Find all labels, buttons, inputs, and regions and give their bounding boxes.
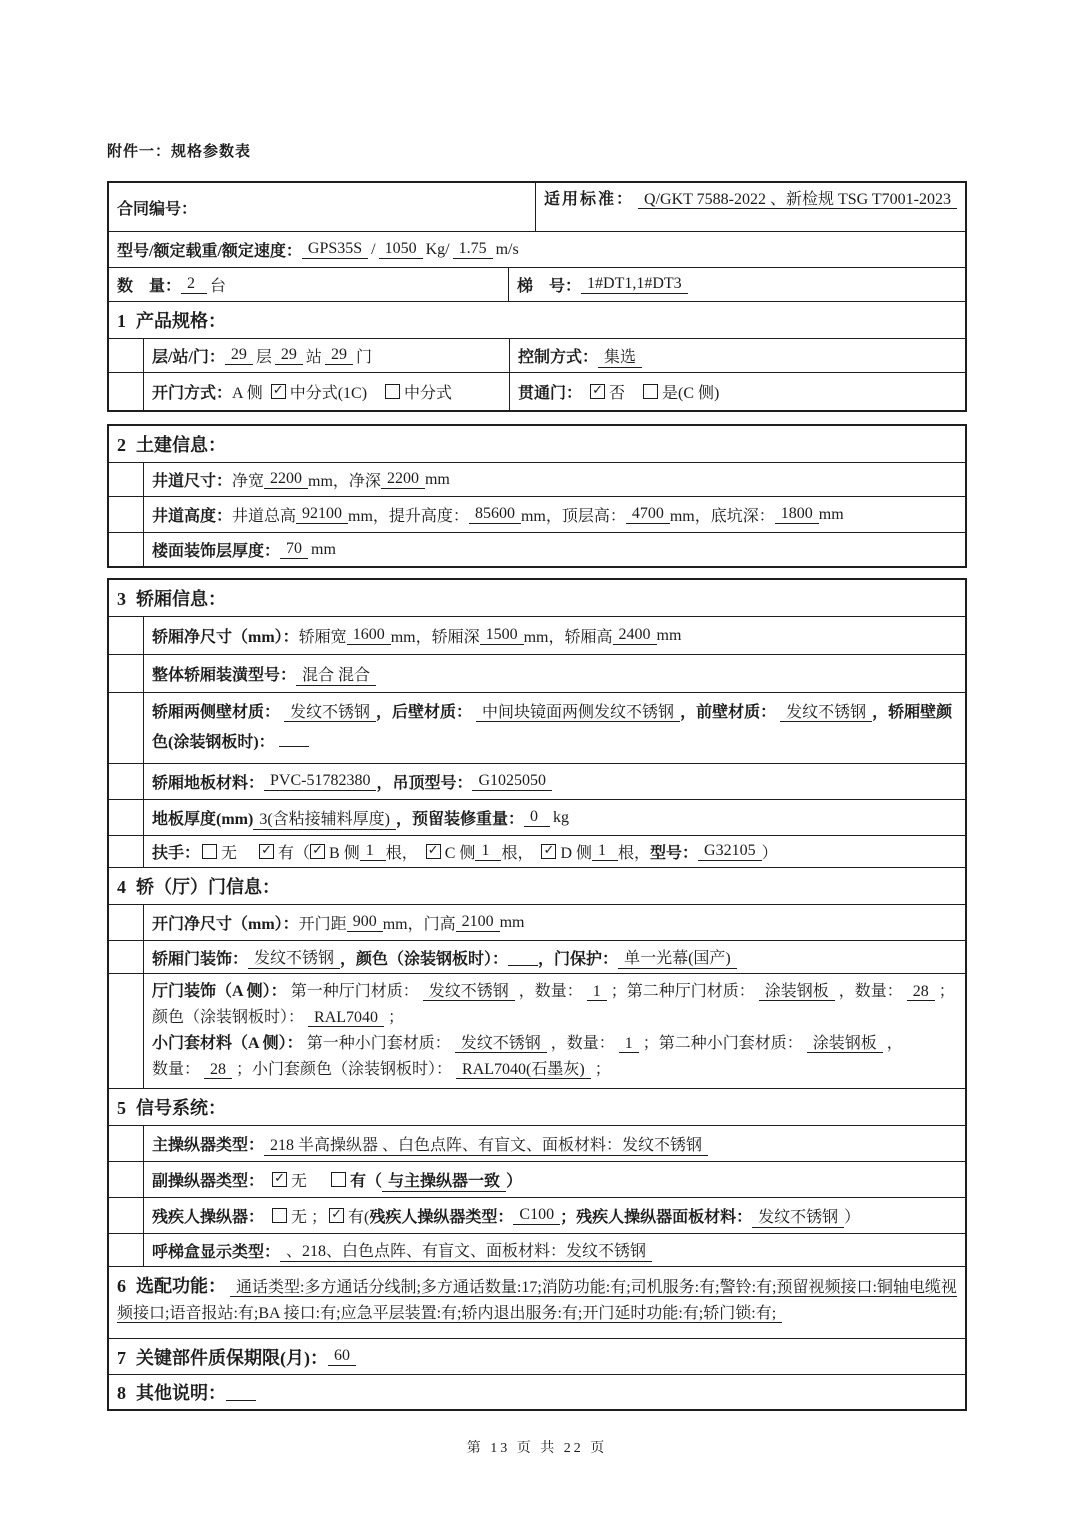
handrail-d-count: 1 (592, 842, 618, 861)
height-unit: mm (819, 506, 844, 524)
top-floor-value: 4700 (626, 505, 670, 524)
car-height-value: 2400 (613, 626, 657, 645)
landing-mat2-value: 涂装钢板 (759, 983, 835, 1001)
indent-cell (109, 836, 144, 867)
load-unit: Kg/ (423, 241, 453, 259)
ladder-number-label: 梯 号： (517, 273, 581, 296)
stops-value: 29 (275, 346, 303, 365)
quantity-value: 2 (181, 275, 207, 294)
standard-cell: 适用标准： Q/GKT 7588-2022 、新检规 TSG T7001-202… (535, 183, 965, 231)
checkbox-aux-none: ✓ (272, 1172, 287, 1187)
door-open-side: A 侧 (232, 380, 263, 403)
row-section8-notes: 8其他说明： (109, 1374, 965, 1409)
floor-finish-unit: mm (308, 541, 339, 559)
row-shaft-size: 井道尺寸： 净宽 2200 mm，净深 2200 mm (109, 462, 965, 496)
section7-heading: 关键部件质保期限(月)： (136, 1348, 328, 1368)
car-depth-value: 1500 (480, 626, 524, 645)
wall-color-value (279, 730, 309, 747)
floor-thickness-label: 地板厚度(mm) (152, 806, 253, 829)
shaft-width-label: 净宽 (232, 468, 264, 491)
row-qty-ladder: 数 量： 2 台 梯 号： 1#DT1,1#DT3 (109, 267, 965, 301)
car-door-decor-cell: 轿厢门装饰： 发纹不锈钢 ，颜色（涂装钢板时）： ，门保护： 单一光幕(国产) (144, 941, 965, 973)
jamb-color-semi: ； (595, 1061, 611, 1078)
aux-cop-cell: 副操纵器类型： ✓ 无 有（ 与主操纵器一致 ） (144, 1162, 965, 1197)
model-label: 型号/额定载重/额定速度： (117, 238, 302, 261)
section1-number: 1 (117, 311, 126, 331)
row-contract-standard: 合同编号： 适用标准： Q/GKT 7588-2022 、新检规 TSG T70… (109, 183, 965, 231)
disabled-close-paren: ） (844, 1204, 860, 1227)
options-value: 通话类型:多方通话分线制;多方通话数量:17;消防功能:有;司机服务:有;警铃:… (117, 1279, 957, 1323)
row-hall-display: 呼梯盒显示类型： 、218、白色点阵、有盲文、面板材料：发纹不锈钢 (109, 1233, 965, 1266)
section8-title: 8其他说明： (117, 1379, 226, 1405)
warranty-value: 60 (328, 1347, 356, 1366)
row-landing-door: 厅门装饰（A 侧）： 第一种厅门材质： 发纹不锈钢 ，数量： 1 ；第二种厅门材… (109, 973, 965, 1088)
disabled-type-label: 残疾人操纵器类型： (369, 1204, 513, 1227)
landing-door-label: 厅门装饰（A 侧）： (152, 983, 287, 1000)
landing-qty2-value: 28 (907, 983, 935, 1001)
car-door-decor-value: 发纹不锈钢 (248, 945, 340, 969)
handrail-model-label: 型号： (650, 840, 698, 863)
reserved-weight-value: 0 (524, 808, 550, 827)
row-floor-thickness: 地板厚度(mm) 3(含粘接辅料厚度) ，预留装修重量： 0 kg (109, 799, 965, 835)
handrail-c-unit: 根， (501, 840, 533, 863)
row-door-opening: 开门净尺寸（mm）： 开门距 900 mm，门高 2100 mm (109, 904, 965, 940)
checkbox-handrail-b: ✓ (310, 844, 325, 859)
car-depth-label: mm，轿厢深 (391, 624, 480, 647)
row-aux-cop: 副操纵器类型： ✓ 无 有（ 与主操纵器一致 ） (109, 1161, 965, 1197)
quantity-label: 数 量： (117, 273, 181, 296)
handrail-b-unit: 根， (386, 840, 418, 863)
handrail-c-text: C 侧 (445, 840, 476, 863)
landing-semi: ； (939, 983, 955, 1000)
jamb-mat2-value: 涂装钢板 (807, 1035, 883, 1053)
top-floor-label: mm，顶层高： (521, 503, 626, 526)
row-car-size: 轿厢净尺寸（mm）： 轿厢宽 1600 mm，轿厢深 1500 mm，轿厢高 2… (109, 616, 965, 654)
car-size-unit: mm (657, 627, 682, 645)
section4-heading: 轿（厅）门信息： (136, 877, 280, 897)
ladder-number-value: 1#DT1,1#DT3 (581, 275, 688, 294)
section5-heading: 信号系统： (136, 1098, 226, 1118)
car-door-color-label: ，颜色（涂装钢板时）： (340, 946, 508, 969)
section2-number: 2 (117, 435, 126, 455)
table-block-civil: 2土建信息： 井道尺寸： 净宽 2200 mm，净深 2200 mm 井道高度：… (107, 424, 967, 568)
door-open-cell: 开门方式： A 侧 ✓ 中分式(1C) 中分式 (144, 373, 509, 410)
handrail-model-value: G32105 (698, 842, 762, 861)
shaft-unit: mm (425, 471, 450, 489)
rated-load-value: 1050 (379, 240, 423, 259)
table-block-header: 合同编号： 适用标准： Q/GKT 7588-2022 、新检规 TSG T70… (107, 181, 967, 412)
hall-display-cell: 呼梯盒显示类型： 、218、白色点阵、有盲文、面板材料：发纹不锈钢 (144, 1234, 965, 1266)
checkbox-through-yes (643, 384, 658, 399)
row-shaft-height: 井道高度： 井道总高 92100 mm，提升高度： 85600 mm，顶层高： … (109, 496, 965, 532)
disabled-have-text: 有( (348, 1204, 369, 1227)
model-cell: 型号/额定载重/额定速度： GPS35S / 1050 Kg/ 1.75 m/s (109, 232, 965, 267)
aux-cop-label: 副操纵器类型： (152, 1168, 264, 1191)
indent-cell (109, 1162, 144, 1197)
row-car-door-decor: 轿厢门装饰： 发纹不锈钢 ，颜色（涂装钢板时）： ，门保护： 单一光幕(国产) (109, 940, 965, 973)
page-footer: 第 13 页 共 22 页 (107, 1437, 967, 1457)
car-floor-value: PVC-51782380 (264, 772, 376, 791)
row-main-cop: 主操纵器类型： 218 半高操纵器 、白色点阵、有盲文、面板材料：发纹不锈钢 (109, 1125, 965, 1161)
model-value: GPS35S (302, 240, 368, 259)
section8-number: 8 (117, 1383, 126, 1403)
landing-qty1-value: 1 (587, 983, 607, 1001)
row-section5-title: 5信号系统： (109, 1088, 965, 1125)
handrail-cell: 扶手： 无 ✓ 有（ ✓ B 侧 1 根， ✓ C 侧 1 根， ✓ D 侧 1… (144, 836, 965, 867)
through-door-label: 贯通门： (518, 380, 582, 403)
section5-number: 5 (117, 1098, 126, 1118)
through-door-no: 否 (609, 380, 625, 403)
car-decor-value: 混合 混合 (296, 662, 376, 686)
floors-value: 29 (225, 346, 253, 365)
row-car-decor: 整体轿厢装潢型号： 混合 混合 (109, 654, 965, 692)
jamb-qty1-label: ，数量： (551, 1035, 615, 1052)
indent-cell (109, 905, 144, 940)
door-open-option1: 中分式(1C) (290, 380, 367, 403)
jamb-color-value: RAL7040(石墨灰) (456, 1061, 591, 1079)
section4-title: 4轿（厅）门信息： (109, 868, 965, 904)
control-mode-value: 集选 (598, 344, 642, 368)
jamb-color-label: ；小门套颜色（涂装钢板时）： (236, 1061, 452, 1078)
row-section6-options: 6选配功能： 通话类型:多方通话分线制;多方通话数量:17;消防功能:有;司机服… (109, 1266, 965, 1338)
jamb-mat1-value: 发纹不锈钢 (455, 1035, 547, 1053)
landing-door-cell: 厅门装饰（A 侧）： 第一种厅门材质： 发纹不锈钢 ，数量： 1 ；第二种厅门材… (144, 974, 965, 1088)
speed-unit: m/s (493, 241, 522, 259)
section8-heading: 其他说明： (136, 1383, 226, 1403)
section1-heading: 产品规格： (136, 311, 226, 331)
row-section3-title: 3轿厢信息： (109, 580, 965, 616)
checkbox-through-no: ✓ (590, 384, 605, 399)
row-car-walls: 轿厢两侧壁材质： 发纹不锈钢，后壁材质： 中间块镜面两侧发纹不锈钢，前壁材质： … (109, 692, 965, 763)
travel-value: 85600 (469, 505, 521, 524)
document-page: 附件一：规格参数表 合同编号： 适用标准： Q/GKT 7588-2022 、新… (107, 0, 967, 1457)
shaft-height-label: 井道高度： (152, 503, 232, 526)
landing-mat1-label: 第一种厅门材质： (291, 983, 419, 1000)
row-car-floor: 轿厢地板材料： PVC-51782380 ，吊顶型号： G1025050 (109, 763, 965, 799)
reserved-weight-label: ，预留装修重量： (396, 806, 524, 829)
quantity-unit: 台 (207, 273, 229, 296)
control-mode-label: 控制方式： (518, 344, 598, 367)
indent-cell (109, 655, 144, 692)
warranty-cell: 7关键部件质保期限(月)： 60 (109, 1339, 965, 1374)
indent-cell (109, 1198, 144, 1233)
floors-unit1: 层 (253, 344, 275, 367)
door-open-label: 开门方式： (152, 380, 232, 403)
indent-cell (109, 463, 144, 496)
section4-number: 4 (117, 877, 126, 897)
shaft-size-cell: 井道尺寸： 净宽 2200 mm，净深 2200 mm (144, 463, 965, 496)
doors-value: 29 (325, 346, 353, 365)
shaft-size-label: 井道尺寸： (152, 468, 232, 491)
car-size-label: 轿厢净尺寸（mm）： (152, 624, 299, 647)
notes-value (226, 1384, 256, 1401)
handrail-have-text: 有（ (278, 840, 310, 863)
indent-cell (109, 617, 144, 654)
row-section2-title: 2土建信息： (109, 426, 965, 462)
row-section4-title: 4轿（厅）门信息： (109, 867, 965, 904)
car-floor-label: 轿厢地板材料： (152, 770, 264, 793)
main-cop-cell: 主操纵器类型： 218 半高操纵器 、白色点阵、有盲文、面板材料：发纹不锈钢 (144, 1126, 965, 1161)
handrail-close-paren: ） (762, 840, 778, 863)
car-decor-label: 整体轿厢装潢型号： (152, 662, 296, 685)
opening-width-label: 开门距 (299, 911, 347, 934)
door-height-label: mm，门高 (383, 911, 456, 934)
floors-unit3: 门 (353, 344, 375, 367)
section6-number: 6 (117, 1276, 126, 1296)
checkbox-aux-have (331, 1172, 346, 1187)
indent-cell (109, 339, 144, 372)
checkbox-disabled-none (272, 1208, 287, 1223)
pit-depth-value: 1800 (775, 505, 819, 524)
car-door-color-value (508, 949, 538, 966)
landing-door-decor-lines: 厅门装饰（A 侧）： 第一种厅门材质： 发纹不锈钢 ，数量： 1 ；第二种厅门材… (152, 979, 957, 1031)
indent-cell (109, 974, 144, 1088)
ceiling-label: ，吊顶型号： (376, 770, 472, 793)
quantity-cell: 数 量： 2 台 (109, 268, 508, 301)
hall-display-value: 、218、白色点阵、有盲文、面板材料：发纹不锈钢 (280, 1238, 652, 1262)
door-opening-cell: 开门净尺寸（mm）： 开门距 900 mm，门高 2100 mm (144, 905, 965, 940)
landing-color-label: 颜色（涂装钢板时）： (152, 1009, 304, 1026)
disabled-panel-label: 残疾人操纵器面板材料： (576, 1204, 752, 1227)
opening-unit: mm (500, 914, 525, 932)
jamb-qty1-value: 1 (619, 1035, 639, 1053)
car-walls-cell: 轿厢两侧壁材质： 发纹不锈钢，后壁材质： 中间块镜面两侧发纹不锈钢，前壁材质： … (144, 693, 965, 763)
door-jamb-lines: 小门套材料（A 侧）： 第一种小门套材质： 发纹不锈钢 ，数量： 1 ；第二种小… (152, 1031, 957, 1083)
section6-title: 6选配功能： (117, 1276, 226, 1296)
floor-thickness-value: 3(含粘接辅料厚度) (253, 806, 396, 830)
section6-heading: 选配功能： (136, 1276, 226, 1296)
landing-mat1-value: 发纹不锈钢 (423, 983, 515, 1001)
standard-label: 适用标准： (544, 191, 634, 208)
model-separator: / (368, 241, 378, 259)
landing-mat2-label: ；第二种厅门材质： (611, 983, 755, 1000)
shaft-total-label: 井道总高 (232, 503, 296, 526)
indent-cell (109, 764, 144, 799)
handrail-label: 扶手： (152, 840, 200, 863)
indent-cell (109, 497, 144, 532)
checkbox-handrail-none (202, 844, 217, 859)
shaft-depth-value: 2200 (381, 470, 425, 489)
car-height-label: mm，轿厢高 (524, 624, 613, 647)
indent-cell (109, 941, 144, 973)
landing-qty2-label: ，数量： (839, 983, 903, 1000)
floor-thickness-cell: 地板厚度(mm) 3(含粘接辅料厚度) ，预留装修重量： 0 kg (144, 800, 965, 835)
handrail-c-count: 1 (475, 842, 501, 861)
door-jamb-label: 小门套材料（A 侧）： (152, 1035, 303, 1052)
section2-title: 2土建信息： (109, 426, 965, 462)
pit-depth-label: mm，底坑深： (670, 503, 775, 526)
indent-cell (109, 693, 144, 763)
floor-finish-label: 楼面装饰层厚度： (152, 538, 280, 561)
rear-wall-label: ，后壁材质： (376, 704, 472, 721)
indent-cell (109, 800, 144, 835)
front-wall-value: 发纹不锈钢 (780, 704, 872, 722)
options-cell: 6选配功能： 通话类型:多方通话分线制;多方通话数量:17;消防功能:有;司机服… (109, 1267, 965, 1338)
shaft-width-value: 2200 (264, 470, 308, 489)
floors-unit2: 站 (303, 344, 325, 367)
contract-number-label: 合同编号： (117, 196, 197, 219)
section3-heading: 轿厢信息： (136, 589, 226, 609)
door-height-value: 2100 (456, 913, 500, 932)
table-block-main: 3轿厢信息： 轿厢净尺寸（mm）： 轿厢宽 1600 mm，轿厢深 1500 m… (107, 578, 967, 1411)
side-wall-value: 发纹不锈钢 (284, 704, 376, 722)
row-section1-title: 1产品规格： (109, 301, 965, 338)
indent-cell (109, 1234, 144, 1266)
attachment-title: 附件一：规格参数表 (107, 0, 967, 161)
disabled-cop-label: 残疾人操纵器： (152, 1204, 264, 1227)
landing-color-value: RAL7040 (308, 1009, 384, 1027)
front-wall-label: ，前壁材质： (680, 704, 776, 721)
landing-color-semi: ； (388, 1009, 404, 1026)
checkbox-handrail-c: ✓ (426, 844, 441, 859)
through-door-cell: 贯通门： ✓ 否 是(C 侧) (509, 373, 965, 410)
section1-title: 1产品规格： (109, 302, 965, 338)
car-decor-cell: 整体轿厢装潢型号： 混合 混合 (144, 655, 965, 692)
through-door-yes: 是(C 侧) (662, 380, 719, 403)
ladder-number-cell: 梯 号： 1#DT1,1#DT3 (508, 268, 965, 301)
control-mode-cell: 控制方式： 集选 (509, 339, 965, 372)
disabled-cop-cell: 残疾人操纵器： 无 ； ✓ 有( 残疾人操纵器类型： C100 ； 残疾人操纵器… (144, 1198, 965, 1233)
aux-note: 与主操纵器一致 (382, 1168, 506, 1192)
jamb-qty2-value: 28 (204, 1061, 232, 1079)
aux-close-paren: ） (506, 1168, 522, 1191)
checkbox-center-open (385, 384, 400, 399)
shaft-height-cell: 井道高度： 井道总高 92100 mm，提升高度： 85600 mm，顶层高： … (144, 497, 965, 532)
reserved-weight-unit: kg (550, 809, 572, 827)
row-handrail: 扶手： 无 ✓ 有（ ✓ B 侧 1 根， ✓ C 侧 1 根， ✓ D 侧 1… (109, 835, 965, 867)
row-model-load-speed: 型号/额定载重/额定速度： GPS35S / 1050 Kg/ 1.75 m/s (109, 231, 965, 267)
section7-number: 7 (117, 1348, 126, 1368)
ceiling-value: G1025050 (472, 772, 552, 791)
row-floors-control: 层/站/门： 29层 29站 29门 控制方式： 集选 (109, 338, 965, 372)
floor-finish-cell: 楼面装饰层厚度： 70 mm (144, 533, 965, 566)
car-size-cell: 轿厢净尺寸（mm）： 轿厢宽 1600 mm，轿厢深 1500 mm，轿厢高 2… (144, 617, 965, 654)
indent-cell (109, 373, 144, 410)
standard-value: Q/GKT 7588-2022 、新检规 TSG T7001-2023 (638, 191, 957, 209)
shaft-total-value: 92100 (296, 505, 348, 524)
section3-title: 3轿厢信息： (109, 580, 965, 616)
car-floor-cell: 轿厢地板材料： PVC-51782380 ，吊顶型号： G1025050 (144, 764, 965, 799)
door-opening-label: 开门净尺寸（mm）： (152, 911, 299, 934)
disabled-none-text: 无 ； (291, 1204, 327, 1227)
checkbox-center-open-1c: ✓ (271, 384, 286, 399)
section3-number: 3 (117, 589, 126, 609)
handrail-d-unit: 根， (618, 840, 650, 863)
floors-label: 层/站/门： (152, 344, 225, 367)
jamb-qty2-label: 数量： (152, 1061, 200, 1078)
handrail-d-text: D 侧 (560, 840, 592, 863)
handrail-none-text: 无 (221, 840, 237, 863)
door-open-option2: 中分式 (404, 380, 452, 403)
disabled-type-value: C100 (513, 1206, 560, 1225)
door-protection-value: 单一光幕(国产) (618, 945, 737, 969)
travel-label: mm，提升高度： (348, 503, 469, 526)
floors-cell: 层/站/门： 29层 29站 29门 (144, 339, 509, 372)
handrail-b-text: B 侧 (329, 840, 360, 863)
shaft-depth-label: mm，净深 (308, 468, 381, 491)
indent-cell (109, 533, 144, 566)
section2-heading: 土建信息： (136, 435, 226, 455)
row-floor-finish: 楼面装饰层厚度： 70 mm (109, 532, 965, 566)
contract-number-cell: 合同编号： (109, 183, 535, 231)
side-wall-label: 轿厢两侧壁材质： (152, 704, 280, 721)
checkbox-handrail-d: ✓ (541, 844, 556, 859)
hall-display-label: 呼梯盒显示类型： (152, 1239, 280, 1262)
disabled-panel-value: 发纹不锈钢 (752, 1204, 844, 1228)
opening-width-value: 900 (347, 913, 383, 932)
main-cop-value: 218 半高操纵器 、白色点阵、有盲文、面板材料：发纹不锈钢 (264, 1132, 708, 1156)
notes-cell: 8其他说明： (109, 1375, 965, 1409)
jamb-mat1-label: 第一种小门套材质： (307, 1035, 451, 1052)
section5-title: 5信号系统： (109, 1089, 965, 1125)
rear-wall-value: 中间块镜面两侧发纹不锈钢 (476, 704, 680, 722)
disabled-semi: ； (560, 1204, 576, 1227)
row-disabled-cop: 残疾人操纵器： 无 ； ✓ 有( 残疾人操纵器类型： C100 ； 残疾人操纵器… (109, 1197, 965, 1233)
handrail-b-count: 1 (360, 842, 386, 861)
aux-have-text: 有（ (350, 1168, 382, 1191)
car-width-value: 1600 (347, 626, 391, 645)
indent-cell (109, 1126, 144, 1161)
row-dooropen-through: 开门方式： A 侧 ✓ 中分式(1C) 中分式 贯通门： ✓ 否 是(C 侧) (109, 372, 965, 410)
checkbox-disabled-have: ✓ (329, 1208, 344, 1223)
jamb-mat2-label: ；第二种小门套材质： (643, 1035, 803, 1052)
section7-title: 7关键部件质保期限(月)： (117, 1344, 328, 1370)
car-door-decor-label: 轿厢门装饰： (152, 946, 248, 969)
rated-speed-value: 1.75 (453, 240, 493, 259)
main-cop-label: 主操纵器类型： (152, 1132, 264, 1155)
jamb-comma: ， (887, 1035, 903, 1052)
landing-qty1-label: ，数量： (519, 983, 583, 1000)
car-width-label: 轿厢宽 (299, 624, 347, 647)
checkbox-handrail-have: ✓ (259, 844, 274, 859)
aux-none-text: 无 (291, 1168, 307, 1191)
row-section7-warranty: 7关键部件质保期限(月)： 60 (109, 1338, 965, 1374)
floor-finish-value: 70 (280, 540, 308, 559)
door-protection-label: ，门保护： (538, 946, 618, 969)
